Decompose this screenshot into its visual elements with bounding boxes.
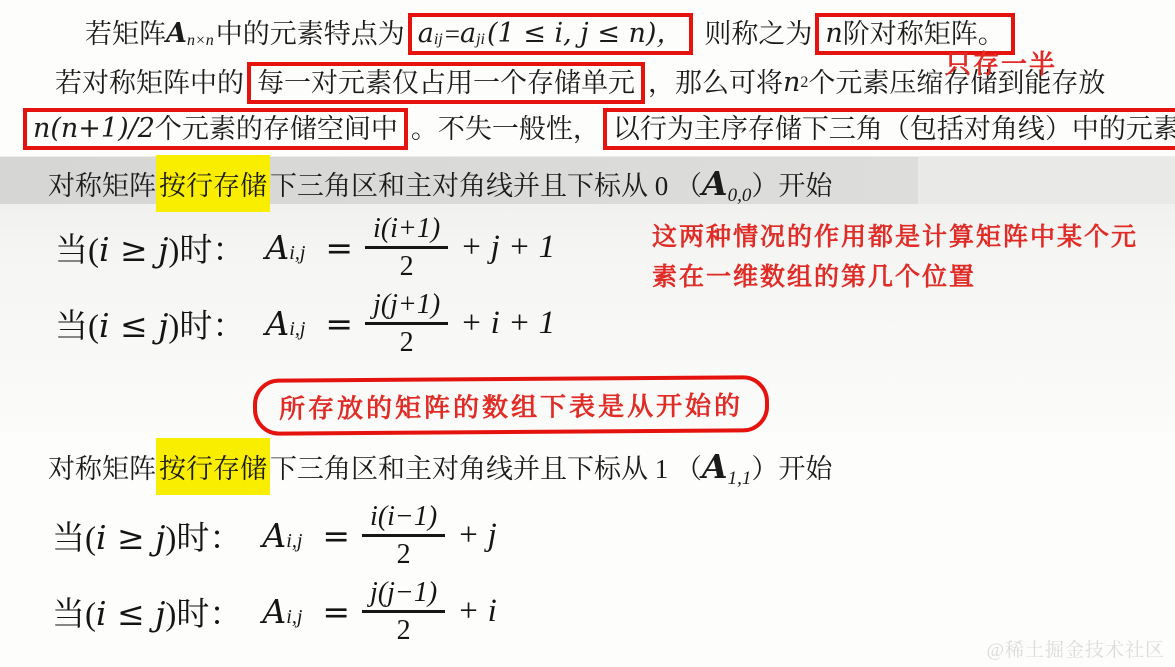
annotation-purpose-line1: 这两种情况的作用都是计算矩阵中某个元 — [652, 218, 1138, 258]
formula-s2-row2: 当(i ≤ j)时： Ai,j = j(j−1) 2 + i — [52, 577, 497, 647]
section2-heading-post: ）开始 — [751, 447, 832, 486]
math-a2-sub: ji — [476, 24, 485, 56]
cond-close: )时： — [165, 597, 242, 633]
section2-heading-A-sub: 1,1 — [728, 468, 752, 490]
cond-expr: i ≤ j — [99, 306, 168, 345]
math-equals: = — [445, 18, 460, 50]
line1-mid2-text: 则称之为 — [704, 14, 812, 54]
line3-mid-text: 。不失一般性， — [411, 109, 600, 149]
formula-tail: + i — [457, 593, 497, 630]
lhs-A: A — [262, 516, 286, 555]
section2-heading-pre: 对称矩阵 — [48, 447, 156, 486]
cond-expr: i ≥ j — [96, 518, 165, 557]
cond-open: 当( — [55, 233, 99, 269]
annotation-store-half: 只存一半 — [945, 44, 1057, 81]
section1-heading-post: ）开始 — [751, 164, 832, 203]
watermark: @稀土掘金技术社区 — [987, 635, 1166, 662]
section1-heading-highlight: 按行存储 — [156, 155, 270, 212]
formula-tail: + i + 1 — [460, 305, 555, 342]
math-n-squared-exp: 2 — [800, 63, 808, 103]
formula-lhs: Ai,j — [262, 592, 302, 632]
red-box-storage-unit: 每一对元素仅占用一个存储单元 — [247, 62, 645, 104]
formula-s1-row1: 当(i ≥ j)时： Ai,j = i(i+1) 2 + j + 1 — [55, 213, 555, 283]
cond-expr: i ≥ j — [99, 230, 168, 269]
section2-heading: 对称矩阵 按行存储 下三角区和主对角线并且下标从 1 （ A 1,1 ）开始 — [48, 446, 832, 486]
cond-open: 当( — [52, 597, 96, 633]
line1-pre-text: 若矩阵 — [85, 14, 166, 54]
cond-close: )时： — [168, 233, 245, 269]
section1-heading: 对称矩阵 按行存储 下三角区和主对角线并且下标从 0 （ A 0,0 ）开始 — [48, 163, 832, 203]
math-range: (1 ≤ i, j ≤ n)， — [487, 18, 683, 50]
lhs-A: A — [265, 228, 289, 267]
fraction-numerator: i(i+1) — [365, 213, 448, 249]
formula-equals: = — [325, 228, 353, 267]
lhs-sub: i,j — [289, 318, 305, 340]
cond-open: 当( — [55, 309, 99, 345]
fraction: j(j+1) 2 — [365, 289, 448, 359]
storage-space-math: n(n+1)/2 — [33, 113, 155, 145]
fraction-numerator: i(i−1) — [362, 501, 445, 537]
fraction-denominator: 2 — [400, 325, 414, 358]
math-a1: a — [418, 18, 434, 50]
fraction: i(i−1) 2 — [362, 501, 445, 571]
section1-heading-mid: 下三角区和主对角线并且下标从 0 （ — [270, 164, 702, 203]
lhs-sub: i,j — [286, 606, 302, 628]
heading-grey-band-light — [918, 157, 1175, 204]
formula-condition: 当(i ≥ j)时： — [55, 224, 245, 271]
paragraph-line-3: n(n+1)/2 个元素的存储空间中 。不失一般性， 以行为主序存储下三角（包括… — [20, 108, 1175, 150]
section1-heading-pre: 对称矩阵 — [48, 164, 156, 203]
formula-lhs: Ai,j — [265, 304, 305, 344]
math-a1-sub: ij — [434, 24, 443, 56]
cond-close: )时： — [165, 521, 242, 557]
line2-mid-text: ，那么可将 — [648, 63, 783, 103]
formula-s1-row2: 当(i ≤ j)时： Ai,j = j(j+1) 2 + i + 1 — [55, 289, 555, 359]
formula-condition: 当(i ≤ j)时： — [52, 588, 242, 635]
formula-equals: = — [322, 516, 350, 555]
section2-heading-highlight: 按行存储 — [156, 438, 270, 495]
fraction: i(i+1) 2 — [365, 213, 448, 283]
formula-s2-row1: 当(i ≥ j)时： Ai,j = i(i−1) 2 + j — [52, 501, 497, 571]
formula-equals: = — [322, 592, 350, 631]
formula-tail: + j — [457, 517, 497, 554]
fraction-denominator: 2 — [397, 537, 411, 570]
storage-unit-text: 每一对元素仅占用一个存储单元 — [257, 67, 635, 99]
fraction-denominator: 2 — [397, 613, 411, 646]
fraction: j(j−1) 2 — [362, 577, 445, 647]
lhs-sub: i,j — [286, 530, 302, 552]
matrix-A-subscript: n×n — [187, 21, 214, 61]
line2-pre-text: 若对称矩阵中的 — [55, 63, 244, 103]
fraction-denominator: 2 — [400, 249, 414, 282]
red-box-storage-space: n(n+1)/2 个元素的存储空间中 — [23, 108, 408, 150]
cond-open: 当( — [52, 521, 96, 557]
formula-lhs: Ai,j — [265, 228, 305, 268]
annotation-purpose: 这两种情况的作用都是计算矩阵中某个元 素在一维数组的第几个位置 — [652, 218, 1138, 298]
red-box-symmetry-condition: a ij = a ji (1 ≤ i, j ≤ n)， — [408, 13, 694, 55]
section1-heading-A: A — [702, 164, 728, 203]
annotation-index-note: 所存放的矩阵的数组下表是从开始的 — [253, 375, 769, 436]
annotation-purpose-line2: 素在一维数组的第几个位置 — [652, 258, 1138, 298]
formula-condition: 当(i ≤ j)时： — [55, 300, 245, 347]
formula-condition: 当(i ≥ j)时： — [52, 512, 242, 559]
fraction-numerator: j(j−1) — [362, 577, 445, 613]
formula-equals: = — [325, 304, 353, 343]
math-a2: a — [460, 18, 476, 50]
cond-expr: i ≤ j — [96, 594, 165, 633]
paragraph-line-1: 若矩阵 A n×n 中的元素特点为 a ij = a ji (1 ≤ i, j … — [85, 13, 1018, 55]
fraction-numerator: j(j+1) — [365, 289, 448, 325]
math-n: n — [825, 18, 842, 50]
math-n-squared-base: n — [783, 63, 800, 103]
matrix-A-symbol: A — [166, 14, 187, 54]
lhs-A: A — [262, 592, 286, 631]
section2-heading-A: A — [702, 447, 728, 486]
red-box-row-major-lower-triangle: 以行为主序存储下三角（包括对角线）中的元素。 — [603, 108, 1175, 150]
lecture-slide: 若矩阵 A n×n 中的元素特点为 a ij = a ji (1 ≤ i, j … — [0, 0, 1175, 667]
formula-lhs: Ai,j — [262, 516, 302, 556]
cond-close: )时： — [168, 309, 245, 345]
formula-tail: + j + 1 — [460, 229, 555, 266]
lhs-A: A — [265, 304, 289, 343]
section2-heading-mid: 下三角区和主对角线并且下标从 1 （ — [270, 447, 702, 486]
row-major-text: 以行为主序存储下三角（包括对角线）中的元素。 — [613, 113, 1175, 145]
lhs-sub: i,j — [289, 242, 305, 264]
section1-heading-A-sub: 0,0 — [728, 185, 752, 207]
storage-space-text: 个元素的存储空间中 — [155, 113, 398, 145]
line1-mid-text: 中的元素特点为 — [216, 14, 405, 54]
